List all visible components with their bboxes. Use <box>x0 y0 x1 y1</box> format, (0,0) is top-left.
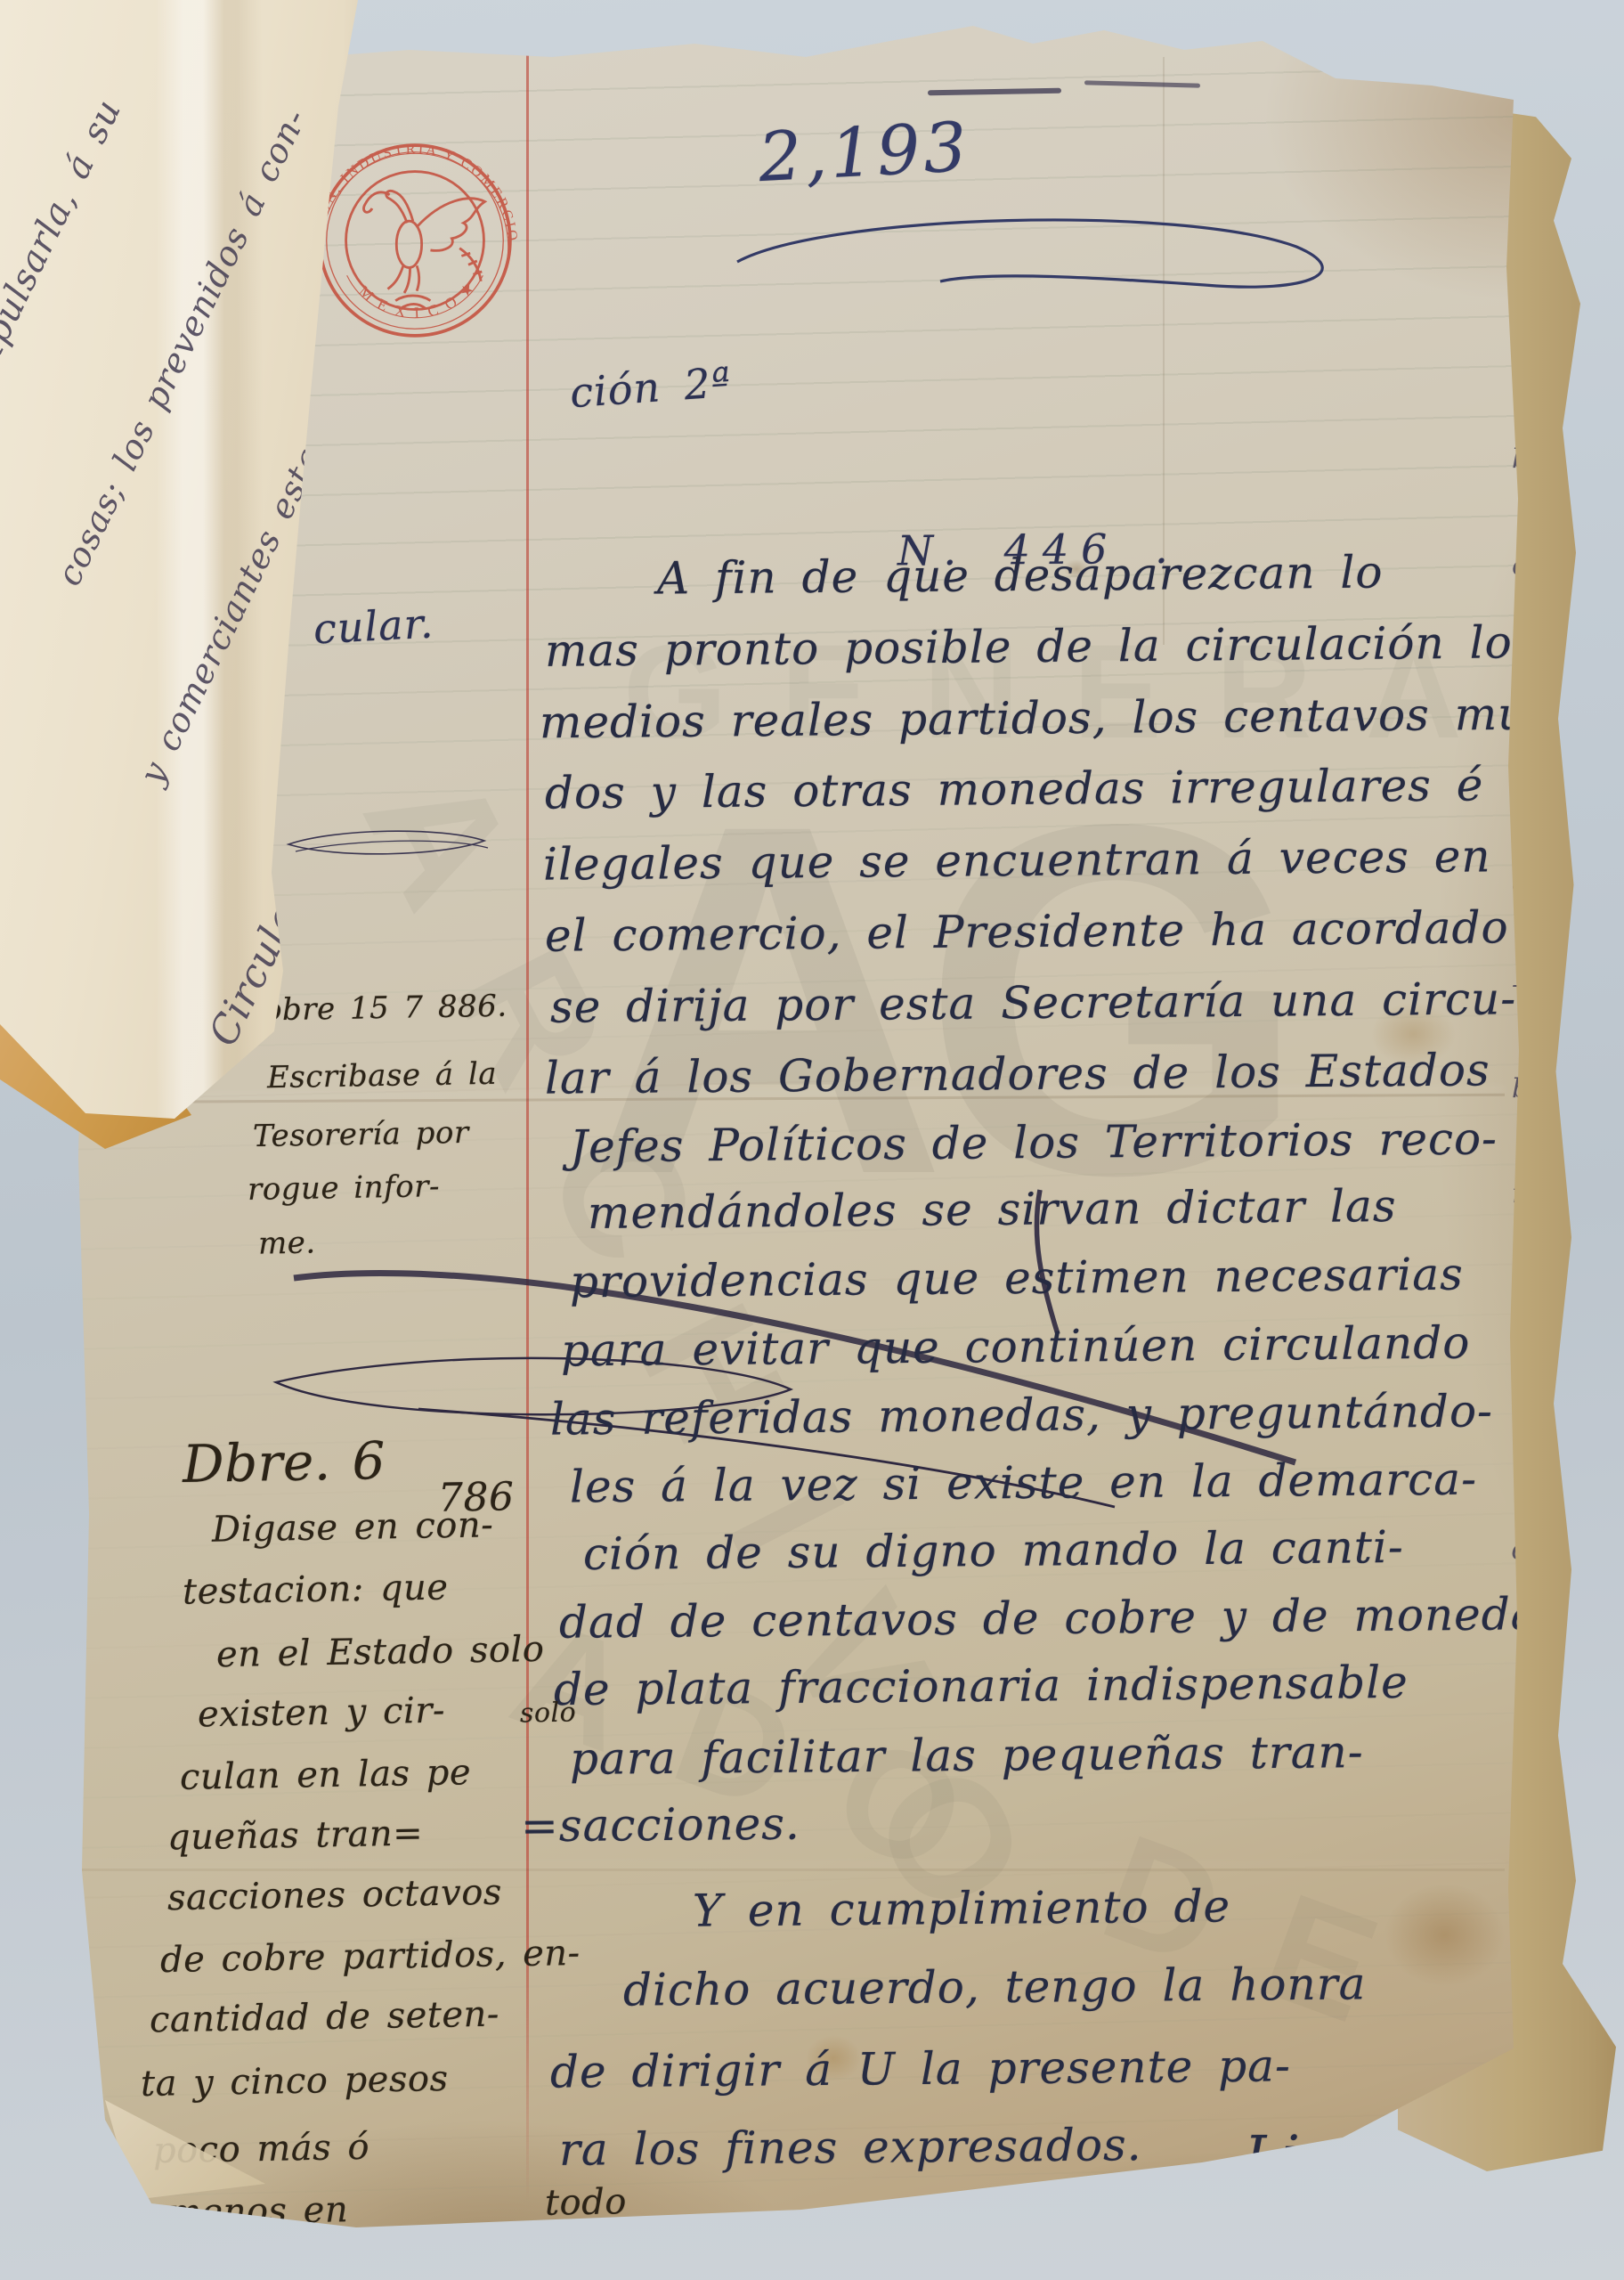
seal-stamp: ZACION, INDUSTRIA Y COMERCIO M E X I C O… <box>308 134 522 347</box>
margin-note-december: ta y cinco pesos <box>141 2058 449 2105</box>
margin-note-december: de cobre partidos, en- <box>160 1933 581 1981</box>
closing-line: Li- <box>1245 2123 1321 2189</box>
body-line: mendándoles se sirvan dictar las <box>588 1180 1397 1239</box>
horizontal-crease <box>62 1869 1505 1871</box>
margin-note-october: obre 15 7 886. <box>264 989 507 1029</box>
body-line: se dirija por esta Secretaría una circu- <box>550 973 1517 1032</box>
margin-note-december: culan en las pe <box>180 1752 472 1798</box>
folio-number: 2,193 <box>757 107 972 197</box>
folded-corner-line: impulsarla, á su <box>0 93 129 392</box>
margin-note-december: cantidad de seten- <box>150 1994 500 2041</box>
body-line: les á la vez si existe en la demarca- <box>570 1453 1477 1513</box>
seal-arc-text: ZACION, INDUSTRIA Y COMERCIO <box>308 140 522 260</box>
body-line: ción de su digno mando la canti- <box>583 1521 1404 1580</box>
body-line: =sacciones. <box>521 1798 800 1852</box>
margin-note-december: sacciones octavos <box>167 1872 503 1919</box>
margin-note-october: Escribase á la <box>267 1056 498 1095</box>
margin-note-december: menos en <box>167 2189 349 2234</box>
body-line: dos y las otras monedas irregulares é <box>545 759 1484 818</box>
margin-note-december: queñas tran= <box>167 1812 424 1858</box>
body-line: medios reales partidos, los centavos mut… <box>540 688 1620 749</box>
closing-line: Y en cumplimiento de <box>693 1880 1231 1936</box>
body-line: las referidas monedas, y preguntándo- <box>550 1385 1493 1445</box>
body-line: dad de centavos de cobre y de moneda <box>559 1588 1539 1649</box>
body-line: para evitar que continúen circulando <box>561 1317 1471 1377</box>
margin-inline-todo: todo <box>545 2181 628 2224</box>
closing-line: de dirigir á U la presente pa- <box>550 2040 1291 2097</box>
margin-note-october: me. <box>258 1225 316 1261</box>
body-line: providencias que estimen necesarias <box>570 1249 1464 1308</box>
body-line: lar á los Gobernadores de los Estados <box>545 1044 1490 1103</box>
margin-note-october: Tesorería por <box>253 1115 469 1154</box>
closing-line: ra los fines expresados. <box>559 2119 1142 2176</box>
body-line: para facilitar las pequeñas tran- <box>570 1726 1364 1785</box>
margin-note-october: rogue infor- <box>248 1168 441 1208</box>
body-line: ilegales que se encuentran á veces en <box>543 830 1491 890</box>
red-margin-rule <box>526 55 529 2200</box>
photo-scene: AG ARCHIVO GENERAL ADO DE <box>0 0 1624 2280</box>
closing-line: dicho acuerdo, tengo la honra <box>623 1958 1367 2015</box>
body-line: de plata fraccionaria indispensable <box>554 1657 1409 1715</box>
body-line: A fin de que desaparezcan lo <box>657 546 1384 604</box>
svg-text:ZACION, INDUSTRIA Y COMERCIO: ZACION, INDUSTRIA Y COMERCIO <box>308 140 522 260</box>
stain <box>1384 1884 1505 1986</box>
margin-note-december: existen y cir- <box>198 1690 446 1736</box>
circular-line: cular. <box>313 599 435 654</box>
margin-note-december-date: Dbre. 6 <box>182 1430 386 1494</box>
margin-note-december: Digase en con- <box>212 1504 494 1551</box>
body-line: Jefes Políticos de los Territorios reco- <box>570 1112 1498 1172</box>
body-line: el comercio, el Presidente ha acordado <box>545 901 1509 961</box>
folio-flourish <box>719 198 1396 313</box>
margin-note-december: testacion: que <box>183 1567 449 1612</box>
margin-note-december: en el Estado solo <box>216 1629 545 1675</box>
margin-inline-solo: solo <box>520 1697 577 1729</box>
header-flourish <box>281 818 495 871</box>
body-line: mas pronto posible de la circulación los <box>545 616 1537 677</box>
